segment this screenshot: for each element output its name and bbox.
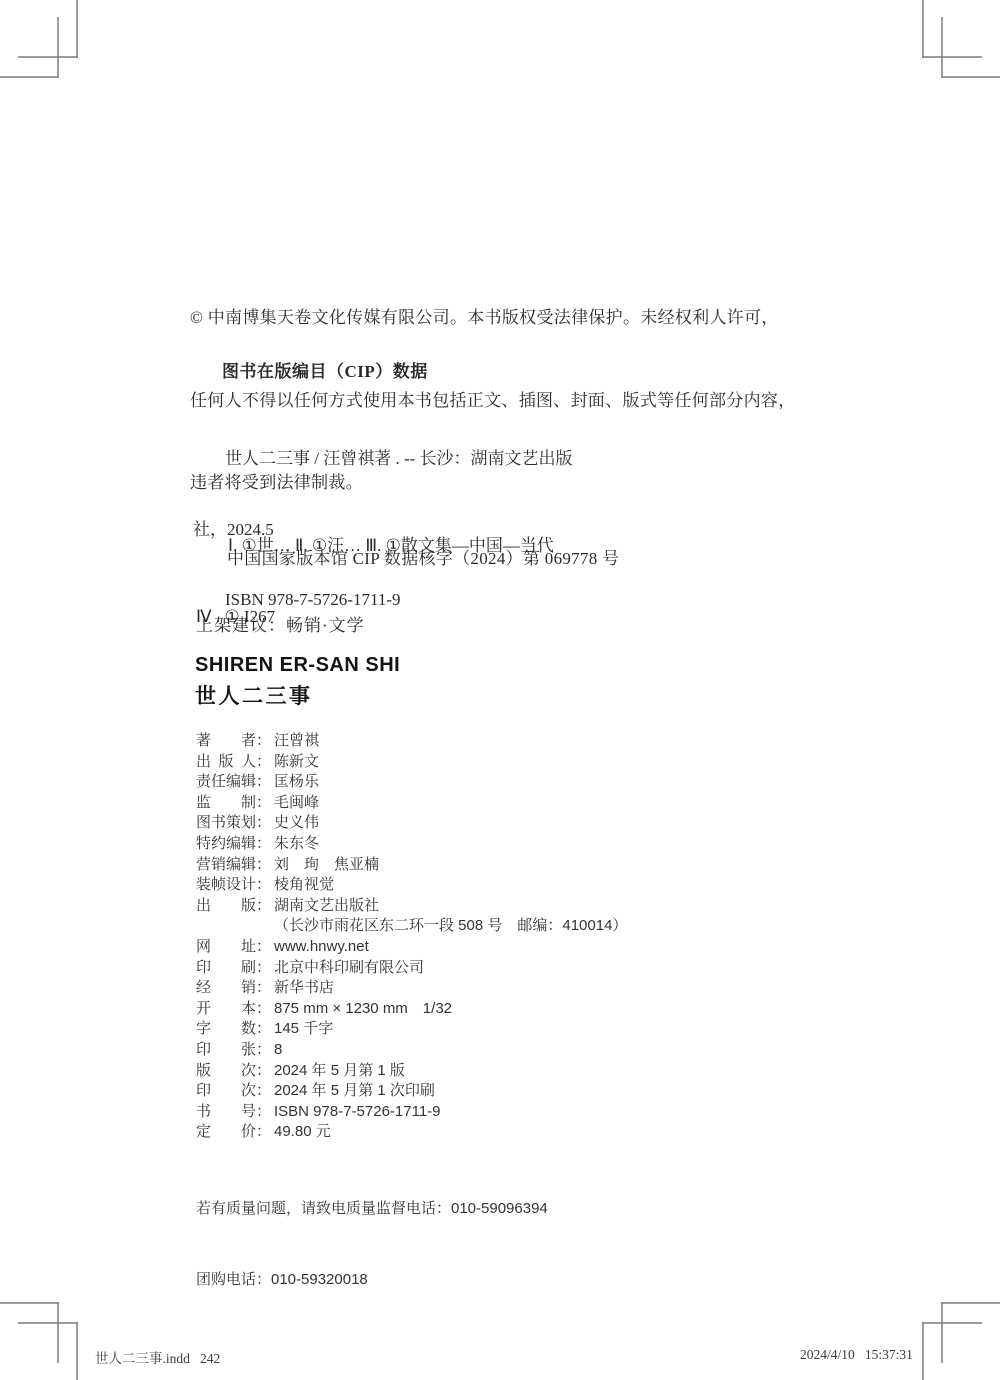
colophon-colon: ：	[256, 875, 274, 896]
colophon-row-book-planning: 图书策划：史义伟	[196, 813, 627, 834]
colophon-colon: ：	[256, 731, 274, 752]
colophon-value: 2024 年 5 月第 1 版	[274, 1062, 405, 1079]
book-title-pinyin: SHIREN ER-SAN SHI	[195, 654, 400, 677]
colophon-row-word-count: 字数：145 千字	[196, 1019, 627, 1040]
colophon-value: 875 mm × 1230 mm 1/32	[274, 1000, 452, 1017]
colophon-value: ISBN 978-7-5726-1711-9	[274, 1103, 441, 1120]
colophon-value: 汪曾祺	[274, 732, 319, 749]
colophon-colon: ：	[256, 793, 274, 814]
colophon-value: （长沙市雨花区东二环一段 508 号 邮编：410014）	[274, 917, 627, 934]
colophon-value: 毛闽峰	[274, 794, 319, 811]
colophon-row-responsible-editor: 责任编辑：匡杨乐	[196, 772, 627, 793]
shelf-suggestion: 上架建议：畅销·文学	[196, 611, 365, 636]
footer-timestamp: 2024/4/10 15:37:31	[800, 1347, 913, 1363]
colophon-colon: ：	[256, 834, 274, 855]
colophon-label: 书号	[196, 1102, 256, 1123]
book-copyright-page: © 中南博集天卷文化传媒有限公司。本书版权受法律保护。未经权利人许可， 任何人不…	[0, 0, 1000, 1380]
colophon-colon: ：	[256, 813, 274, 834]
colophon-colon: ：	[256, 1061, 274, 1082]
colophon-row-sheets: 印张：8	[196, 1040, 627, 1061]
colophon-colon: ：	[256, 1122, 274, 1143]
colophon-row-marketing-editor: 营销编辑：刘 珣 焦亚楠	[196, 855, 627, 876]
group-purchase-phone: 团购电话：010-59320018	[196, 1268, 548, 1292]
colophon-row-publisher-person: 出版人：陈新文	[196, 752, 627, 773]
footer-filename: 世人二三事.indd 242	[95, 1347, 220, 1367]
colophon-row-website: 网址：www.hnwy.net	[196, 937, 627, 958]
colophon-colon: ：	[256, 752, 274, 773]
crop-mark-bottom-right-icon	[920, 1300, 1000, 1380]
crop-mark-top-right-icon	[920, 0, 1000, 80]
colophon-colon: ：	[256, 772, 274, 793]
crop-mark-top-left-icon	[0, 0, 80, 80]
colophon-row-printer: 印刷：北京中科印刷有限公司	[196, 958, 627, 979]
colophon-colon: ：	[256, 978, 274, 999]
colophon-value: 新华书店	[274, 979, 334, 996]
colophon-value: 朱东冬	[274, 835, 319, 852]
colophon-row-supervisor: 监制：毛闽峰	[196, 793, 627, 814]
colophon-label: 监制	[196, 793, 256, 814]
cip-classification: Ⅰ. ①世… Ⅱ. ①汪… Ⅲ. ①散文集—中国—当代 Ⅳ . ① I267	[196, 487, 554, 675]
colophon-value: 2024 年 5 月第 1 次印刷	[274, 1082, 435, 1099]
quality-hotline: 若有质量问题，请致电质量监督电话：010-59096394	[196, 1197, 548, 1221]
colophon-label: 印张	[196, 1040, 256, 1061]
colophon-label: 开本	[196, 999, 256, 1020]
colophon-row-special-editor: 特约编辑：朱东冬	[196, 834, 627, 855]
quality-notice: 若有质量问题，请致电质量监督电话：010-59096394 团购电话：010-5…	[196, 1150, 548, 1338]
colophon-label: 特约编辑	[196, 834, 256, 855]
colophon-value: 湖南文艺出版社	[274, 897, 379, 914]
cip-heading: 图书在版编目（CIP）数据	[222, 357, 428, 382]
colophon-colon: ：	[256, 1081, 274, 1102]
colophon-row-publisher-address: （长沙市雨花区东二环一段 508 号 邮编：410014）	[196, 916, 627, 937]
colophon-label: 著者	[196, 731, 256, 752]
colophon-label: 装帧设计	[196, 875, 256, 896]
colophon-label: 版次	[196, 1061, 256, 1082]
colophon-colon: ：	[256, 937, 274, 958]
colophon-colon: ：	[256, 1040, 274, 1061]
colophon-label: 网址	[196, 937, 256, 958]
colophon-value: 陈新文	[274, 753, 319, 770]
colophon-label: 印刷	[196, 958, 256, 979]
colophon-label: 责任编辑	[196, 772, 256, 793]
colophon-value: 棱角视觉	[274, 876, 334, 893]
copyright-line: © 中南博集天卷文化传媒有限公司。本书版权受法律保护。未经权利人许可，	[190, 304, 796, 332]
book-title-chinese: 世人二三事	[195, 680, 313, 710]
colophon-colon: ：	[256, 999, 274, 1020]
cip-record-number: 中国国家版本馆 CIP 数据核字（2024）第 069778 号	[227, 544, 619, 569]
colophon-colon: ：	[256, 958, 274, 979]
colophon-label: 图书策划	[196, 813, 256, 834]
colophon-row-design: 装帧设计：棱角视觉	[196, 875, 627, 896]
cip-entry-line: 世人二三事 / 汪曾祺著 . -- 长沙：湖南文艺出版	[193, 447, 573, 471]
colophon-value: 145 千字	[274, 1020, 333, 1037]
colophon-row-printing: 印次：2024 年 5 月第 1 次印刷	[196, 1081, 627, 1102]
colophon-value: 刘 珣 焦亚楠	[274, 856, 379, 873]
colophon-value: 北京中科印刷有限公司	[274, 959, 424, 976]
colophon-row-distributor: 经销：新华书店	[196, 978, 627, 999]
colophon-colon: ：	[256, 1102, 274, 1123]
colophon-label: 出版	[196, 896, 256, 917]
colophon-colon: ：	[256, 896, 274, 917]
colophon-list: 著者：汪曾祺 出版人：陈新文 责任编辑：匡杨乐 监制：毛闽峰 图书策划：史义伟 …	[196, 731, 627, 1143]
colophon-label: 出版人	[196, 752, 256, 773]
colophon-row-price: 定价：49.80 元	[196, 1122, 627, 1143]
colophon-colon: ：	[256, 855, 274, 876]
colophon-colon: ：	[256, 1019, 274, 1040]
colophon-value: 匡杨乐	[274, 773, 319, 790]
colophon-label: 经销	[196, 978, 256, 999]
colophon-label: 营销编辑	[196, 855, 256, 876]
colophon-label: 字数	[196, 1019, 256, 1040]
colophon-label: 定价	[196, 1122, 256, 1143]
colophon-label: 印次	[196, 1081, 256, 1102]
colophon-value: 8	[274, 1041, 282, 1058]
colophon-row-format: 开本：875 mm × 1230 mm 1/32	[196, 999, 627, 1020]
colophon-row-publisher: 出版：湖南文艺出版社	[196, 896, 627, 917]
colophon-row-edition: 版次：2024 年 5 月第 1 版	[196, 1061, 627, 1082]
colophon-row-author: 著者：汪曾祺	[196, 731, 627, 752]
colophon-value: www.hnwy.net	[274, 938, 369, 955]
crop-mark-bottom-left-icon	[0, 1300, 80, 1380]
colophon-value: 史义伟	[274, 814, 319, 831]
colophon-value: 49.80 元	[274, 1123, 331, 1140]
colophon-row-isbn: 书号：ISBN 978-7-5726-1711-9	[196, 1102, 627, 1123]
